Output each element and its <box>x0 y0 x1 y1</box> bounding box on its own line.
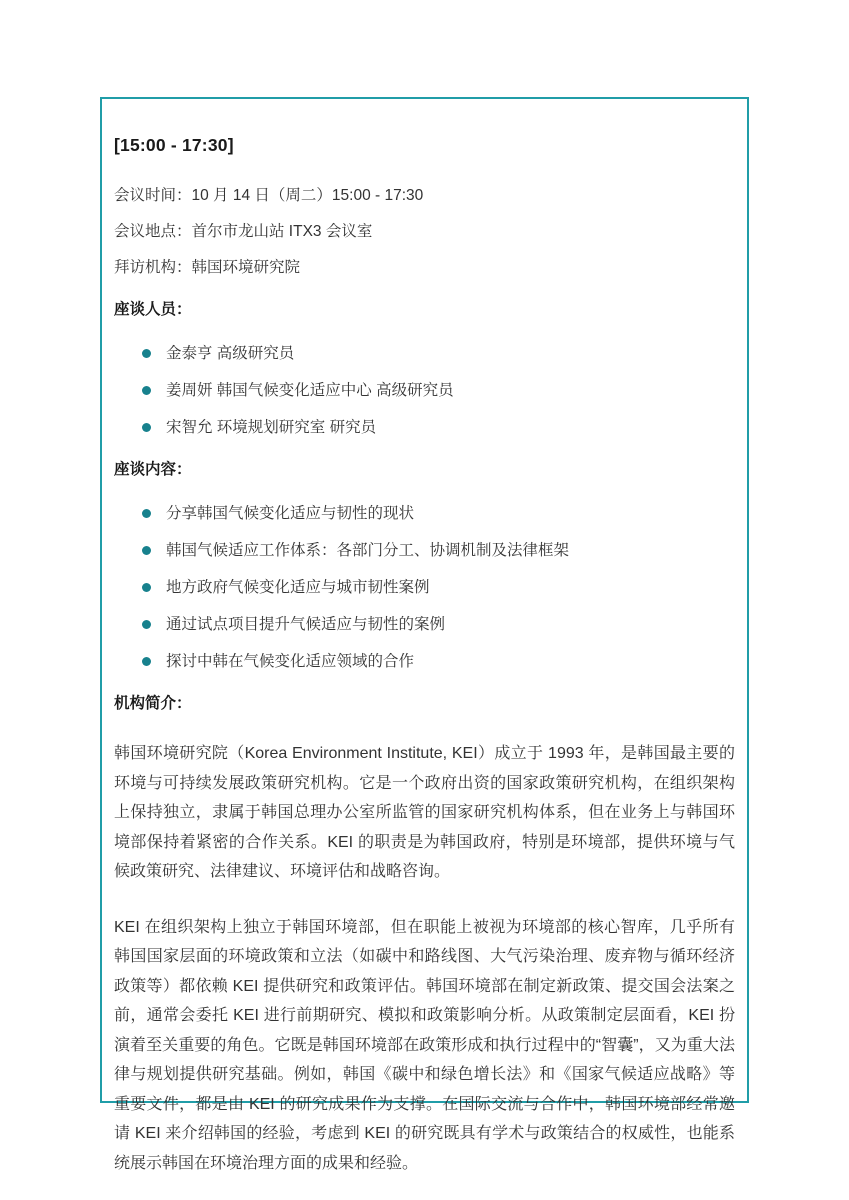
org-intro-paragraph-2: KEI 在组织架构上独立于韩国环境部，但在职能上被视为环境部的核心智库，几乎所有… <box>114 913 735 1179</box>
agenda-card: [15:00 - 17:30] 会议时间：10 月 14 日（周二）15:00 … <box>100 97 749 1103</box>
time-slot-title: [15:00 - 17:30] <box>114 135 735 156</box>
bullet-icon <box>142 546 151 555</box>
topics-list: 分享韩国气候变化适应与韧性的现状 韩国气候适应工作体系：各部门分工、协调机制及法… <box>114 504 735 671</box>
topics-heading: 座谈内容： <box>114 457 735 479</box>
panelist-item: 宋智允 环境规划研究室 研究员 <box>114 418 735 437</box>
bullet-icon <box>142 423 151 432</box>
org-intro-heading: 机构简介： <box>114 691 735 713</box>
panelist-item: 姜周妍 韩国气候变化适应中心 高级研究员 <box>114 381 735 400</box>
topic-text: 地方政府气候变化适应与城市韧性案例 <box>166 578 430 597</box>
bullet-icon <box>142 657 151 666</box>
bullet-icon <box>142 583 151 592</box>
topic-item: 地方政府气候变化适应与城市韧性案例 <box>114 578 735 597</box>
bullet-icon <box>142 620 151 629</box>
org-intro-paragraph-1: 韩国环境研究院（Korea Environment Institute, KEI… <box>114 739 735 887</box>
panelists-heading: 座谈人员： <box>114 297 735 319</box>
panelist-text: 姜周妍 韩国气候变化适应中心 高级研究员 <box>166 381 454 400</box>
topic-item: 探讨中韩在气候变化适应领域的合作 <box>114 652 735 671</box>
topic-item: 分享韩国气候变化适应与韧性的现状 <box>114 504 735 523</box>
bullet-icon <box>142 386 151 395</box>
topic-item: 韩国气候适应工作体系：各部门分工、协调机制及法律框架 <box>114 541 735 560</box>
topic-text: 分享韩国气候变化适应与韧性的现状 <box>166 504 414 523</box>
meeting-time-line: 会议时间：10 月 14 日（周二）15:00 - 17:30 <box>114 186 735 205</box>
visiting-org-line: 拜访机构：韩国环境研究院 <box>114 258 735 277</box>
bullet-icon <box>142 509 151 518</box>
panelist-text: 金泰亨 高级研究员 <box>166 344 294 363</box>
panelist-item: 金泰亨 高级研究员 <box>114 344 735 363</box>
meeting-location-line: 会议地点：首尔市龙山站 ITX3 会议室 <box>114 222 735 241</box>
panelists-list: 金泰亨 高级研究员 姜周妍 韩国气候变化适应中心 高级研究员 宋智允 环境规划研… <box>114 344 735 437</box>
topic-text: 探讨中韩在气候变化适应领域的合作 <box>166 652 414 671</box>
topic-text: 通过试点项目提升气候适应与韧性的案例 <box>166 615 445 634</box>
topic-text: 韩国气候适应工作体系：各部门分工、协调机制及法律框架 <box>166 541 569 560</box>
bullet-icon <box>142 349 151 358</box>
meeting-info-block: 会议时间：10 月 14 日（周二）15:00 - 17:30 会议地点：首尔市… <box>114 186 735 277</box>
topic-item: 通过试点项目提升气候适应与韧性的案例 <box>114 615 735 634</box>
page-canvas: [15:00 - 17:30] 会议时间：10 月 14 日（周二）15:00 … <box>0 0 849 1200</box>
panelist-text: 宋智允 环境规划研究室 研究员 <box>166 418 376 437</box>
